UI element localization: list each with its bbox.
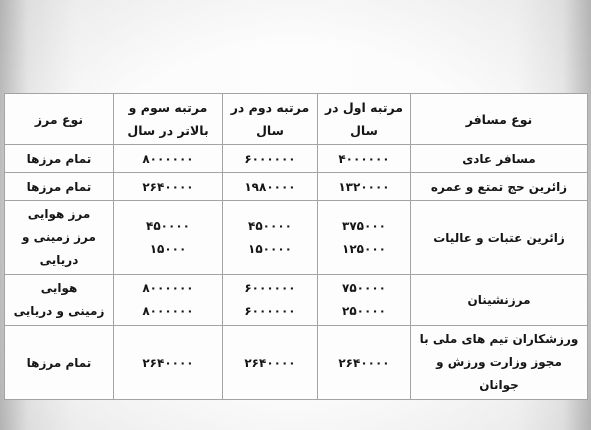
fee-line: ۲۵۰۰۰۰ [322,300,406,323]
cell-second-fee: ۶۰۰۰۰۰۰ [223,145,318,173]
exit-fee-table-wrap: نوع مسافر مرتبه اول در سال مرتبه دوم در … [4,93,587,400]
cell-third-fee: ۴۵۰۰۰۰ ۱۵۰۰۰ [114,201,223,275]
border-line: مرز زمینی و دریایی [9,226,109,272]
cell-traveler: زائرین حج تمتع و عمره [411,173,588,201]
header-third-time: مرتبه سوم و بالاتر در سال [114,94,223,145]
cell-border-type: تمام مرزها [5,145,114,173]
document-photo: { "table": { "headers": { "traveler": "ن… [0,0,591,430]
table-row-border-residents: مرزنشینان ۷۵۰۰۰۰ ۲۵۰۰۰۰ ۶۰۰۰۰۰۰ ۶۰۰۰۰۰۰ … [5,275,588,326]
cell-first-fee: ۱۳۲۰۰۰۰ [318,173,411,201]
cell-border-type: مرز هوایی مرز زمینی و دریایی [5,201,114,275]
header-first-time: مرتبه اول در سال [318,94,411,145]
header-row: نوع مسافر مرتبه اول در سال مرتبه دوم در … [5,94,588,145]
fee-line: ۱۵۰۰۰۰ [227,238,313,261]
cell-second-fee: ۲۶۴۰۰۰۰ [223,326,318,400]
cell-third-fee: ۲۶۴۰۰۰۰ [114,173,223,201]
cell-third-fee: ۸۰۰۰۰۰۰ ۸۰۰۰۰۰۰ [114,275,223,326]
border-line: هوایی [9,277,109,300]
traveler-line: ورزشکاران تیم های ملی با [415,328,583,351]
cell-border-type: هوایی زمینی و دریایی [5,275,114,326]
fee-line: ۴۵۰۰۰۰ [118,215,218,238]
cell-first-fee: ۲۶۴۰۰۰۰ [318,326,411,400]
fee-line: ۳۷۵۰۰۰ [322,215,406,238]
cell-border-type: تمام مرزها [5,173,114,201]
exit-fee-table: نوع مسافر مرتبه اول در سال مرتبه دوم در … [4,93,588,400]
border-line: مرز هوایی [9,203,109,226]
fee-line: ۷۵۰۰۰۰ [322,277,406,300]
cell-third-fee: ۲۶۴۰۰۰۰ [114,326,223,400]
header-line: سال [227,119,313,142]
table-row-atabat-pilgrims: زائرین عتبات و عالیات ۳۷۵۰۰۰ ۱۲۵۰۰۰ ۴۵۰۰… [5,201,588,275]
fee-line: ۶۰۰۰۰۰۰ [227,277,313,300]
border-line: زمینی و دریایی [9,300,109,323]
cell-second-fee: ۴۵۰۰۰۰ ۱۵۰۰۰۰ [223,201,318,275]
table-row-national-athletes: ورزشکاران تیم های ملی با مجوز وزارت ورزش… [5,326,588,400]
header-line: بالاتر در سال [118,119,218,142]
header-line: مرتبه اول در [322,96,406,119]
header-line: مرتبه دوم در [227,96,313,119]
cell-traveler: مسافر عادی [411,145,588,173]
fee-line: ۱۲۵۰۰۰ [322,238,406,261]
cell-first-fee: ۷۵۰۰۰۰ ۲۵۰۰۰۰ [318,275,411,326]
fee-line: ۴۵۰۰۰۰ [227,215,313,238]
cell-third-fee: ۸۰۰۰۰۰۰ [114,145,223,173]
header-second-time: مرتبه دوم در سال [223,94,318,145]
header-line: سال [322,119,406,142]
fee-line: ۸۰۰۰۰۰۰ [118,277,218,300]
header-traveler-type: نوع مسافر [411,94,588,145]
cell-first-fee: ۴۰۰۰۰۰۰ [318,145,411,173]
header-line: مرتبه سوم و [118,96,218,119]
cell-traveler: مرزنشینان [411,275,588,326]
fee-line: ۱۵۰۰۰ [118,238,218,261]
fee-line: ۸۰۰۰۰۰۰ [118,300,218,323]
cell-traveler: ورزشکاران تیم های ملی با مجوز وزارت ورزش… [411,326,588,400]
cell-first-fee: ۳۷۵۰۰۰ ۱۲۵۰۰۰ [318,201,411,275]
fee-line: ۶۰۰۰۰۰۰ [227,300,313,323]
header-border-type: نوع مرز [5,94,114,145]
cell-traveler: زائرین عتبات و عالیات [411,201,588,275]
traveler-line: مجوز وزارت ورزش و جوانان [415,351,583,397]
cell-second-fee: ۱۹۸۰۰۰۰ [223,173,318,201]
table-row-ordinary-traveler: مسافر عادی ۴۰۰۰۰۰۰ ۶۰۰۰۰۰۰ ۸۰۰۰۰۰۰ تمام … [5,145,588,173]
table-row-hajj-pilgrims: زائرین حج تمتع و عمره ۱۳۲۰۰۰۰ ۱۹۸۰۰۰۰ ۲۶… [5,173,588,201]
cell-border-type: تمام مرزها [5,326,114,400]
cell-second-fee: ۶۰۰۰۰۰۰ ۶۰۰۰۰۰۰ [223,275,318,326]
